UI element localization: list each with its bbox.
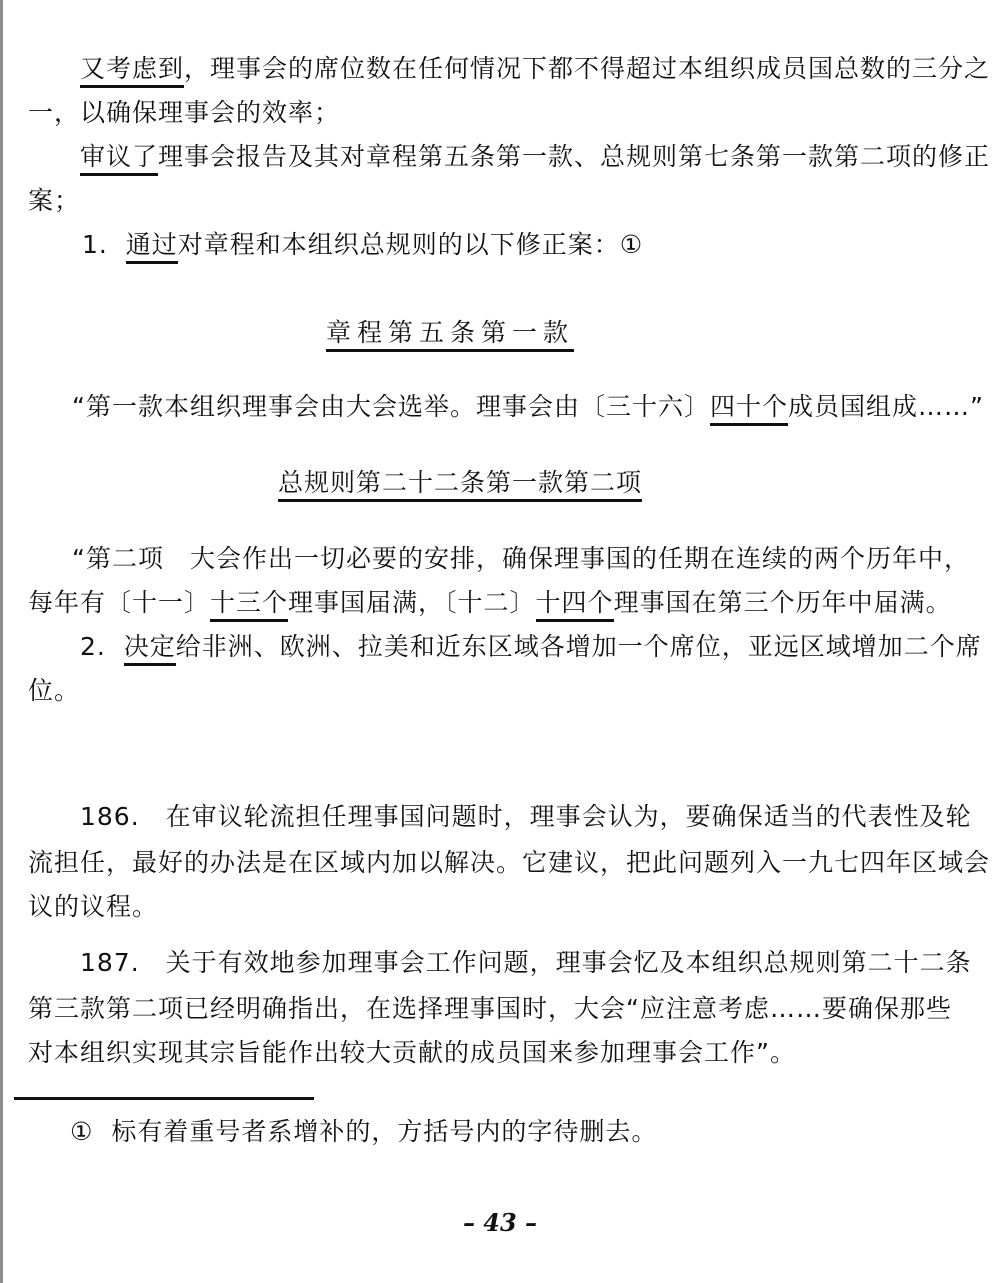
paragraph-187-line2: 第三款第二项已经明确指出，在选择理事国时，大会“应注意考虑……要确保那些 [28, 992, 952, 1026]
item-2-line1: 2. 决定给非洲、欧洲、拉美和近东区域各增加一个席位，亚远区域增加二个席 [80, 630, 982, 664]
paragraph-187-line1: 187. 关于有效地参加理事会工作问题，理事会忆及本组织总规则第二十二条 [80, 946, 972, 980]
text: 理事会报告及其对章程第五条第一款、总规则第七条第一款第二项的修正 [158, 142, 990, 171]
emphasis-lead: 决定 [124, 632, 176, 666]
paragraph-considering-line2: 一，以确保理事会的效率； [28, 96, 340, 130]
paragraph-186-line2: 流担任，最好的办法是在区域内加以解决。它建议，把此问题列入一九七四年区域会 [28, 846, 990, 880]
quote-rule-22-line2: 每年有〔十一〕十三个理事国届满，〔十二〕十四个理事国在第三个历年中届满。 [28, 586, 952, 620]
quote-rule-22-line1: “第二项 大会作出一切必要的安排，确保理事国的任期在连续的两个历年中， [72, 542, 970, 576]
item-1: 1. 通过对章程和本组织总规则的以下修正案：① [82, 228, 643, 262]
inserted-text: 四十个 [710, 392, 788, 426]
emphasis-lead: 通过 [126, 230, 178, 264]
footnote-text: 标有着重号者系增补的，方括号内的字待删去。 [111, 1117, 657, 1146]
section-heading-general-rules: 总规则第二十二条第一款第二项 [278, 466, 642, 500]
paragraph-186-line1: 186. 在审议轮流担任理事国问题时，理事会认为，要确保适当的代表性及轮 [80, 800, 972, 834]
text: 对章程和本组织总规则的以下修正案：① [178, 230, 643, 259]
scan-edge [0, 0, 3, 1283]
item-number: 1. [82, 230, 108, 259]
emphasis-lead: 又考虑到 [80, 54, 184, 88]
quote-article-5: “第一款本组织理事会由大会选举。理事会由〔三十六〕四十个成员国组成……” [72, 390, 984, 424]
paragraph-186-line3: 议的议程。 [28, 890, 158, 924]
emphasis-lead: 审议了 [80, 142, 158, 176]
paragraph-reviewed-line2: 案； [28, 184, 80, 218]
page-number: – 43 – [0, 1208, 1000, 1237]
item-2-line2: 位。 [28, 674, 80, 708]
text: ，理事会的席位数在任何情况下都不得超过本组织成员国总数的三分之 [184, 54, 990, 83]
paragraph-reviewed-line1: 审议了理事会报告及其对章程第五条第一款、总规则第七条第一款第二项的修正 [80, 140, 990, 174]
inserted-text: 十三个 [210, 588, 288, 622]
paragraph-considering-line1: 又考虑到，理事会的席位数在任何情况下都不得超过本组织成员国总数的三分之 [80, 52, 990, 86]
item-number: 2. [80, 632, 106, 661]
footnote: ① 标有着重号者系增补的，方括号内的字待删去。 [70, 1115, 657, 1149]
inserted-text: 十四个 [536, 588, 614, 622]
section-heading-constitution: 章程第五条第一款 [326, 316, 574, 350]
paragraph-187-line3: 对本组织实现其宗旨能作出较大贡献的成员国来参加理事会工作”。 [28, 1036, 796, 1070]
footnote-marker: ① [70, 1117, 93, 1146]
footnote-divider [14, 1097, 314, 1100]
